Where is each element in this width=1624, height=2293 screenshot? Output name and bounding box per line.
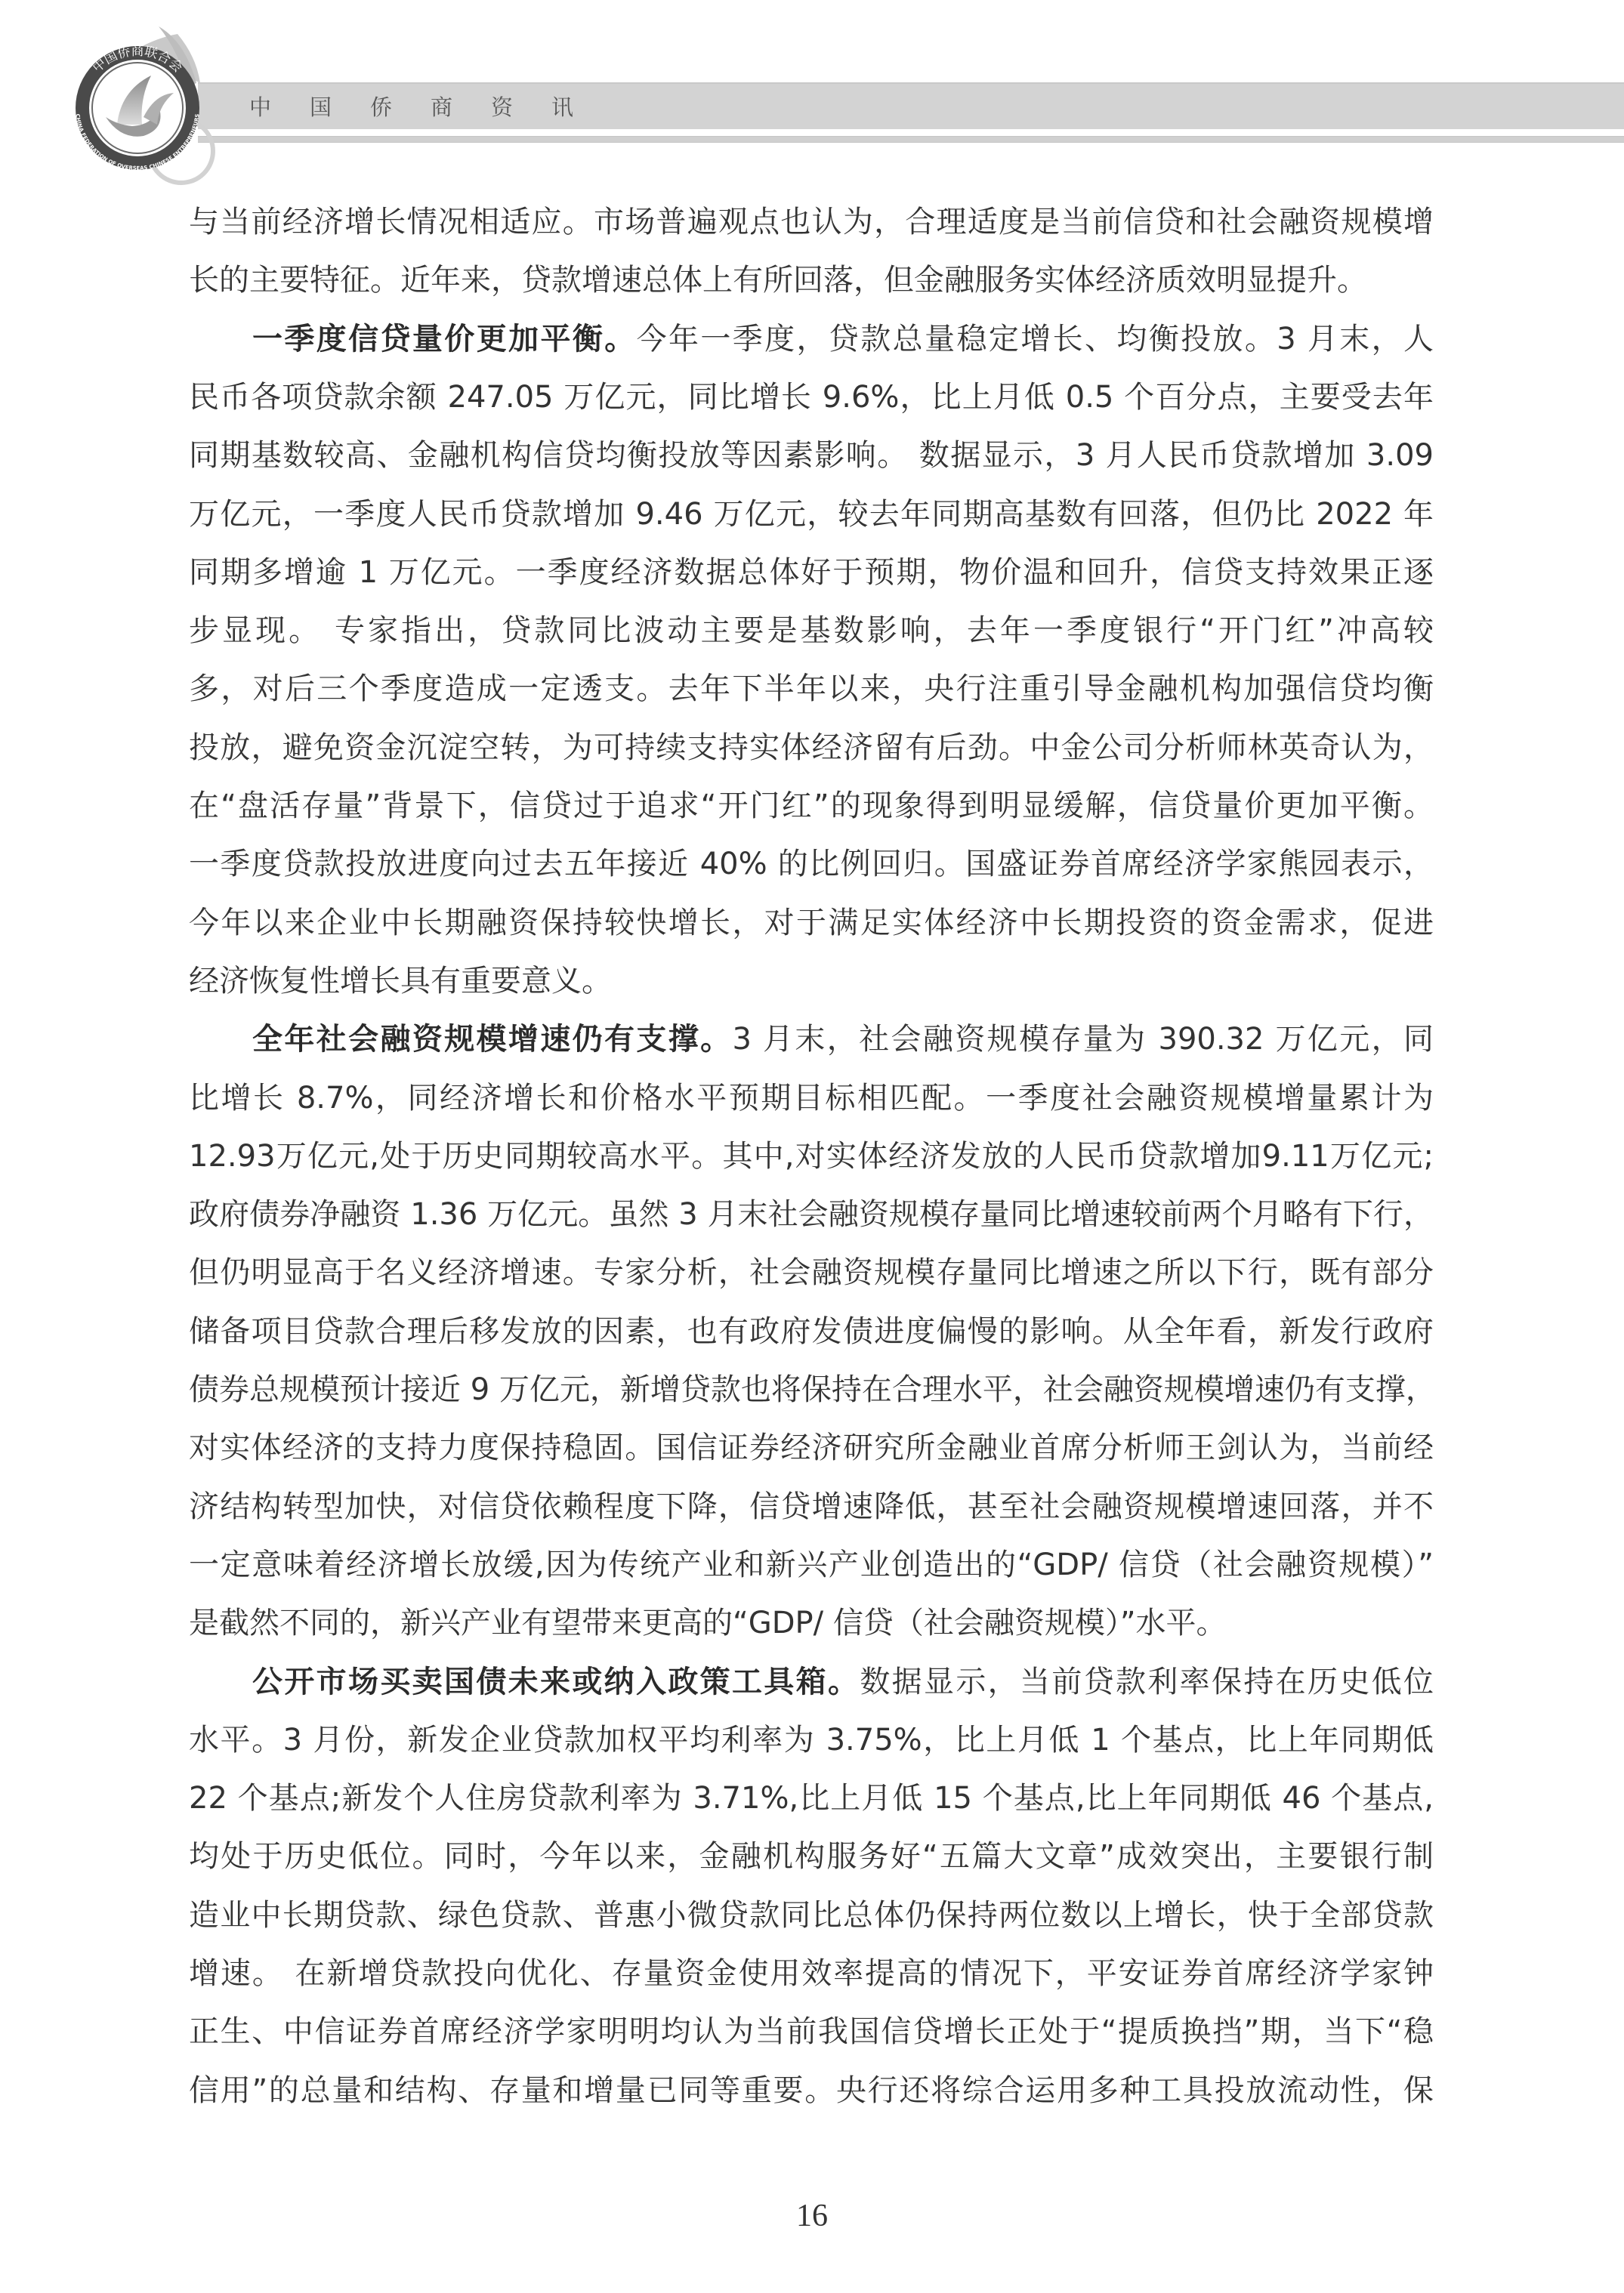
title-char: 讯 <box>551 92 612 122</box>
paragraph-heading: 全年社会融资规模增速仍有支撑。 <box>252 1022 733 1057</box>
text-line: 22 个基点;新发个人住房贷款利率为 3.71%,比上月低 15 个基点,比上年… <box>189 1777 1434 1819</box>
line-text: 长的主要特征。近年来，贷款增速总体上有所回落，但金融服务实体经济质效明显提升。 <box>189 263 1367 298</box>
line-text: 政府债券净融资 1.36 万亿元。虽然 3 月末社会融资规模存量同比增速较前两个… <box>189 1197 1434 1232</box>
line-text: 步显现。 专家指出，贷款同比波动主要是基数影响，去年一季度银行“开门红”冲高较 <box>189 613 1434 648</box>
publication-title: 中 国 侨 商 资 讯 <box>249 92 612 122</box>
title-char: 资 <box>491 92 551 122</box>
line-text: 与当前经济增长情况相适应。市场普遍观点也认为，合理适度是当前信贷和社会融资规模增 <box>189 205 1434 239</box>
line-text: 正生、中信证券首席经济学家明明均认为当前我国信贷增长正处于“提质换挡”期，当下“… <box>189 2014 1434 2049</box>
line-text: 水平。3 月份，新发企业贷款加权平均利率为 3.75%，比上月低 1 个基点，比… <box>189 1723 1434 1758</box>
text-line: 万亿元，一季度人民币贷款增加 9.46 万亿元，较去年同期高基数有回落，但仍比 … <box>189 493 1434 535</box>
text-line: 长的主要特征。近年来，贷款增速总体上有所回落，但金融服务实体经济质效明显提升。 <box>189 259 1434 301</box>
line-text: 今年以来企业中长期融资保持较快增长，对于满足实体经济中长期投资的资金需求，促进 <box>189 906 1434 940</box>
line-text: 一季度贷款投放进度向过去五年接近 40% 的比例回归。国盛证券首席经济学家熊园表… <box>189 847 1434 881</box>
title-char: 国 <box>310 92 370 122</box>
text-line: 造业中长期贷款、绿色贷款、普惠小微贷款同比总体仍保持两位数以上增长，快于全部贷款 <box>189 1894 1434 1937</box>
text-line: 同期基数较高、金融机构信贷均衡投放等因素影响。 数据显示，3 月人民币贷款增加 … <box>189 434 1434 477</box>
line-text: 3 月末，社会融资规模存量为 390.32 万亿元，同 <box>733 1022 1434 1057</box>
text-line: 济结构转型加快，对信贷依赖程度下降，信贷增速降低，甚至社会融资规模增速回落，并不 <box>189 1486 1434 1528</box>
line-text: 同期多增逾 1 万亿元。一季度经济数据总体好于预期，物价温和回升，信贷支持效果正… <box>189 555 1434 590</box>
text-line: 在“盘活存量”背景下，信贷过于追求“开门红”的现象得到明显缓解，信贷量价更加平衡… <box>189 785 1434 827</box>
text-line: 一定意味着经济增长放缓,因为传统产业和新兴产业创造出的“GDP/ 信贷（社会融资… <box>189 1544 1434 1586</box>
line-text: 储备项目贷款合理后移发放的因素，也有政府发债进度偏慢的影响。从全年看，新发行政府 <box>189 1314 1434 1349</box>
text-line: 民币各项贷款余额 247.05 万亿元，同比增长 9.6%，比上月低 0.5 个… <box>189 376 1434 418</box>
line-text: 济结构转型加快，对信贷依赖程度下降，信贷增速降低，甚至社会融资规模增速回落，并不 <box>189 1489 1434 1524</box>
paragraph-heading: 一季度信贷量价更加平衡。 <box>252 322 637 356</box>
line-text: 对实体经济的支持力度保持稳固。国信证券经济研究所金融业首席分析师王剑认为，当前经 <box>189 1430 1434 1465</box>
text-line: 比增长 8.7%，同经济增长和价格水平预期目标相匹配。一季度社会融资规模增量累计… <box>189 1077 1434 1119</box>
text-line: 债券总规模预计接近 9 万亿元，新增贷款也将保持在合理水平，社会融资规模增速仍有… <box>189 1369 1434 1411</box>
text-line: 投放，避免资金沉淀空转，为可持续支持实体经济留有后劲。中金公司分析师林英奇认为， <box>189 727 1434 769</box>
text-line: 政府债券净融资 1.36 万亿元。虽然 3 月末社会融资规模存量同比增速较前两个… <box>189 1193 1434 1236</box>
text-line: 均处于历史低位。同时，今年以来，金融机构服务好“五篇大文章”成效突出，主要银行制 <box>189 1835 1434 1878</box>
line-text: 增速。 在新增贷款投向优化、存量资金使用效率提高的情况下，平安证券首席经济学家钟 <box>189 1956 1434 1991</box>
text-line: 正生、中信证券首席经济学家明明均认为当前我国信贷增长正处于“提质换挡”期，当下“… <box>189 2011 1434 2053</box>
text-line: 但仍明显高于名义经济增速。专家分析，社会融资规模存量同比增速之所以下行，既有部分 <box>189 1251 1434 1294</box>
line-text: 12.93万亿元,处于历史同期较高水平。其中,对实体经济发放的人民币贷款增加9.… <box>189 1139 1434 1174</box>
line-text: 但仍明显高于名义经济增速。专家分析，社会融资规模存量同比增速之所以下行，既有部分 <box>189 1255 1434 1290</box>
text-line: 12.93万亿元,处于历史同期较高水平。其中,对实体经济发放的人民币贷款增加9.… <box>189 1135 1434 1177</box>
line-text: 数据显示，当前贷款利率保持在历史低位 <box>860 1665 1434 1699</box>
line-text: 是截然不同的，新兴产业有望带来更高的“GDP/ 信贷（社会融资规模）”水平。 <box>189 1606 1227 1640</box>
line-text: 一定意味着经济增长放缓,因为传统产业和新兴产业创造出的“GDP/ 信贷（社会融资… <box>189 1548 1434 1582</box>
paragraph-first-line: 一季度信贷量价更加平衡。今年一季度，贷款总量稳定增长、均衡投放。3 月末，人 <box>189 318 1434 360</box>
line-text: 债券总规模预计接近 9 万亿元，新增贷款也将保持在合理水平，社会融资规模增速仍有… <box>189 1372 1436 1407</box>
title-char: 侨 <box>370 92 431 122</box>
text-line: 信用”的总量和结构、存量和增量已同等重要。央行还将综合运用多种工具投放流动性，保 <box>189 2069 1434 2112</box>
federation-logo-icon: 中国侨商联合会 CHINA FEDERATION OF OVERSEAS CHI… <box>45 11 242 185</box>
text-line: 今年以来企业中长期融资保持较快增长，对于满足实体经济中长期投资的资金需求，促进 <box>189 902 1434 944</box>
paragraph-heading: 公开市场买卖国债未来或纳入政策工具箱。 <box>252 1665 860 1699</box>
header-rule <box>198 136 1624 143</box>
line-text: 同期基数较高、金融机构信贷均衡投放等因素影响。 数据显示，3 月人民币贷款增加 … <box>189 438 1434 473</box>
line-text: 22 个基点;新发个人住房贷款利率为 3.71%,比上月低 15 个基点,比上年… <box>189 1781 1434 1816</box>
text-line: 水平。3 月份，新发企业贷款加权平均利率为 3.75%，比上月低 1 个基点，比… <box>189 1719 1434 1761</box>
paragraph-first-line: 全年社会融资规模增速仍有支撑。3 月末，社会融资规模存量为 390.32 万亿元… <box>189 1018 1434 1060</box>
text-line: 一季度贷款投放进度向过去五年接近 40% 的比例回归。国盛证券首席经济学家熊园表… <box>189 843 1434 885</box>
line-text: 比增长 8.7%，同经济增长和价格水平预期目标相匹配。一季度社会融资规模增量累计… <box>189 1081 1434 1116</box>
line-text: 今年一季度，贷款总量稳定增长、均衡投放。3 月末，人 <box>637 322 1434 356</box>
line-text: 多，对后三个季度造成一定透支。去年下半年以来，央行注重引导金融机构加强信贷均衡 <box>189 671 1434 706</box>
paragraph-first-line: 公开市场买卖国债未来或纳入政策工具箱。数据显示，当前贷款利率保持在历史低位 <box>189 1661 1434 1703</box>
line-text: 经济恢复性增长具有重要意义。 <box>189 964 612 998</box>
text-line: 同期多增逾 1 万亿元。一季度经济数据总体好于预期，物价温和回升，信贷支持效果正… <box>189 551 1434 594</box>
text-line: 对实体经济的支持力度保持稳固。国信证券经济研究所金融业首席分析师王剑认为，当前经 <box>189 1427 1434 1469</box>
line-text: 民币各项贷款余额 247.05 万亿元，同比增长 9.6%，比上月低 0.5 个… <box>189 380 1434 415</box>
text-line: 储备项目贷款合理后移发放的因素，也有政府发债进度偏慢的影响。从全年看，新发行政府 <box>189 1310 1434 1353</box>
line-text: 投放，避免资金沉淀空转，为可持续支持实体经济留有后劲。中金公司分析师林英奇认为， <box>189 730 1434 765</box>
page-number: 16 <box>0 2198 1624 2234</box>
text-line: 与当前经济增长情况相适应。市场普遍观点也认为，合理适度是当前信贷和社会融资规模增 <box>189 201 1434 243</box>
text-line: 经济恢复性增长具有重要意义。 <box>189 960 1434 1002</box>
line-text: 造业中长期贷款、绿色贷款、普惠小微贷款同比总体仍保持两位数以上增长，快于全部贷款 <box>189 1898 1434 1933</box>
line-text: 在“盘活存量”背景下，信贷过于追求“开门红”的现象得到明显缓解，信贷量价更加平衡… <box>189 789 1434 823</box>
text-line: 是截然不同的，新兴产业有望带来更高的“GDP/ 信贷（社会融资规模）”水平。 <box>189 1602 1434 1644</box>
line-text: 万亿元，一季度人民币贷款增加 9.46 万亿元，较去年同期高基数有回落，但仍比 … <box>189 497 1434 532</box>
line-text: 信用”的总量和结构、存量和增量已同等重要。央行还将综合运用多种工具投放流动性，保 <box>189 2073 1434 2108</box>
text-line: 增速。 在新增贷款投向优化、存量资金使用效率提高的情况下，平安证券首席经济学家钟 <box>189 1952 1434 1995</box>
title-char: 商 <box>431 92 491 122</box>
text-line: 多，对后三个季度造成一定透支。去年下半年以来，央行注重引导金融机构加强信贷均衡 <box>189 668 1434 710</box>
title-char: 中 <box>249 92 310 122</box>
line-text: 均处于历史低位。同时，今年以来，金融机构服务好“五篇大文章”成效突出，主要银行制 <box>189 1839 1434 1874</box>
text-line: 步显现。 专家指出，贷款同比波动主要是基数影响，去年一季度银行“开门红”冲高较 <box>189 610 1434 652</box>
